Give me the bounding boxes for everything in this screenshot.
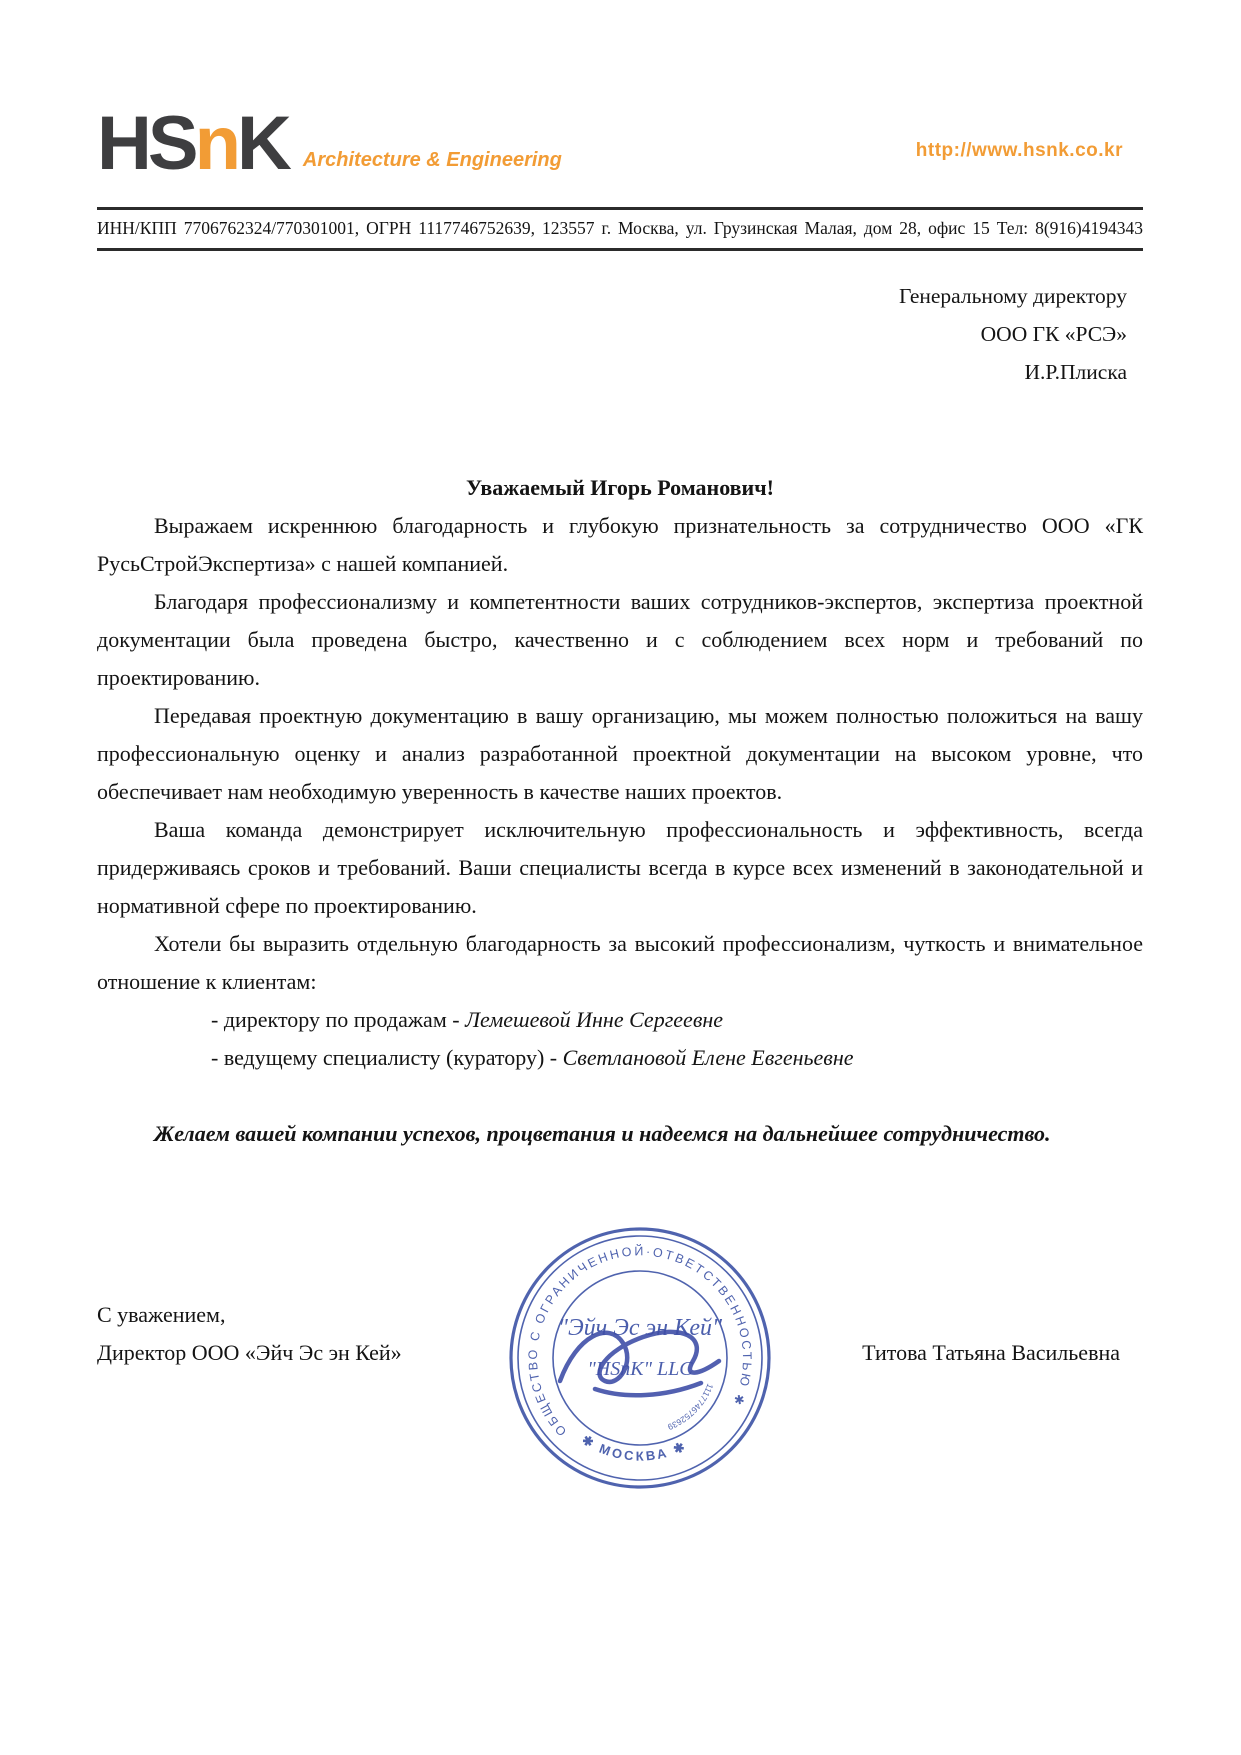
paragraph-5: Хотели бы выразить отдельную благодарнос… — [97, 925, 1143, 1001]
logo-part-hs: HS — [97, 101, 195, 186]
addressee-company: ООО ГК «РСЭ» — [97, 315, 1127, 353]
requisites-band: ИНН/КПП 7706762324/770301001, ОГРН 11177… — [97, 207, 1143, 251]
logo-part-k: K — [237, 101, 288, 186]
logo-part-n: n — [195, 101, 237, 186]
logo-tagline: Architecture & Engineering — [303, 149, 562, 172]
closing-wish: Желаем вашей компании успехов, процветан… — [97, 1115, 1143, 1153]
company-website-url: http://www.hsnk.co.kr — [916, 140, 1123, 162]
signer-name: Титова Татьяна Васильевна — [862, 1334, 1120, 1372]
company-stamp: ОБЩЕСТВО С ОГРАНИЧЕННОЙ·ОТВЕТСТВЕННОСТЬЮ… — [505, 1223, 775, 1493]
svg-text:✱ МОСКВА ✱: ✱ МОСКВА ✱ — [579, 1432, 688, 1464]
header: HSnK Architecture & Engineering http://w… — [97, 85, 1143, 175]
company-logo: HSnK Architecture & Engineering — [97, 113, 562, 175]
thanks-item-person: Лемешевой Инне Сергеевне — [465, 1007, 723, 1032]
thanks-list-item-2: - ведущему специалисту (куратору) - Свет… — [97, 1039, 1143, 1077]
paragraph-2: Благодаря профессионализму и компетентно… — [97, 583, 1143, 697]
company-requisites-line: ИНН/КПП 7706762324/770301001, ОГРН 11177… — [97, 218, 1143, 239]
salutation: Уважаемый Игорь Романович! — [97, 469, 1143, 507]
thanks-list-item-1: - директору по продажам - Лемешевой Инне… — [97, 1001, 1143, 1039]
stamp-city-text: ✱ МОСКВА ✱ — [579, 1432, 688, 1464]
thanks-item-role: - директору по продажам - — [211, 1007, 465, 1032]
addressee-position: Генеральному директору — [97, 277, 1127, 315]
letter-page: HSnK Architecture & Engineering http://w… — [0, 0, 1241, 1755]
addressee-person: И.Р.Плиска — [97, 353, 1127, 391]
paragraph-4: Ваша команда демонстрирует исключительну… — [97, 811, 1143, 925]
paragraph-1: Выражаем искреннюю благодарность и глубо… — [97, 507, 1143, 583]
paragraph-3: Передавая проектную документацию в вашу … — [97, 697, 1143, 811]
logo-wordmark: HSnK — [97, 113, 288, 175]
signature-block: С уважением, Директор ООО «Эйч Эс эн Кей… — [97, 1296, 1143, 1626]
thanks-item-person: Светлановой Елене Евгеньевне — [563, 1045, 854, 1070]
letter-body: Выражаем искреннюю благодарность и глубо… — [97, 507, 1143, 1153]
addressee-block: Генеральному директору ООО ГК «РСЭ» И.Р.… — [97, 277, 1143, 391]
thanks-item-role: - ведущему специалисту (куратору) - — [211, 1045, 563, 1070]
